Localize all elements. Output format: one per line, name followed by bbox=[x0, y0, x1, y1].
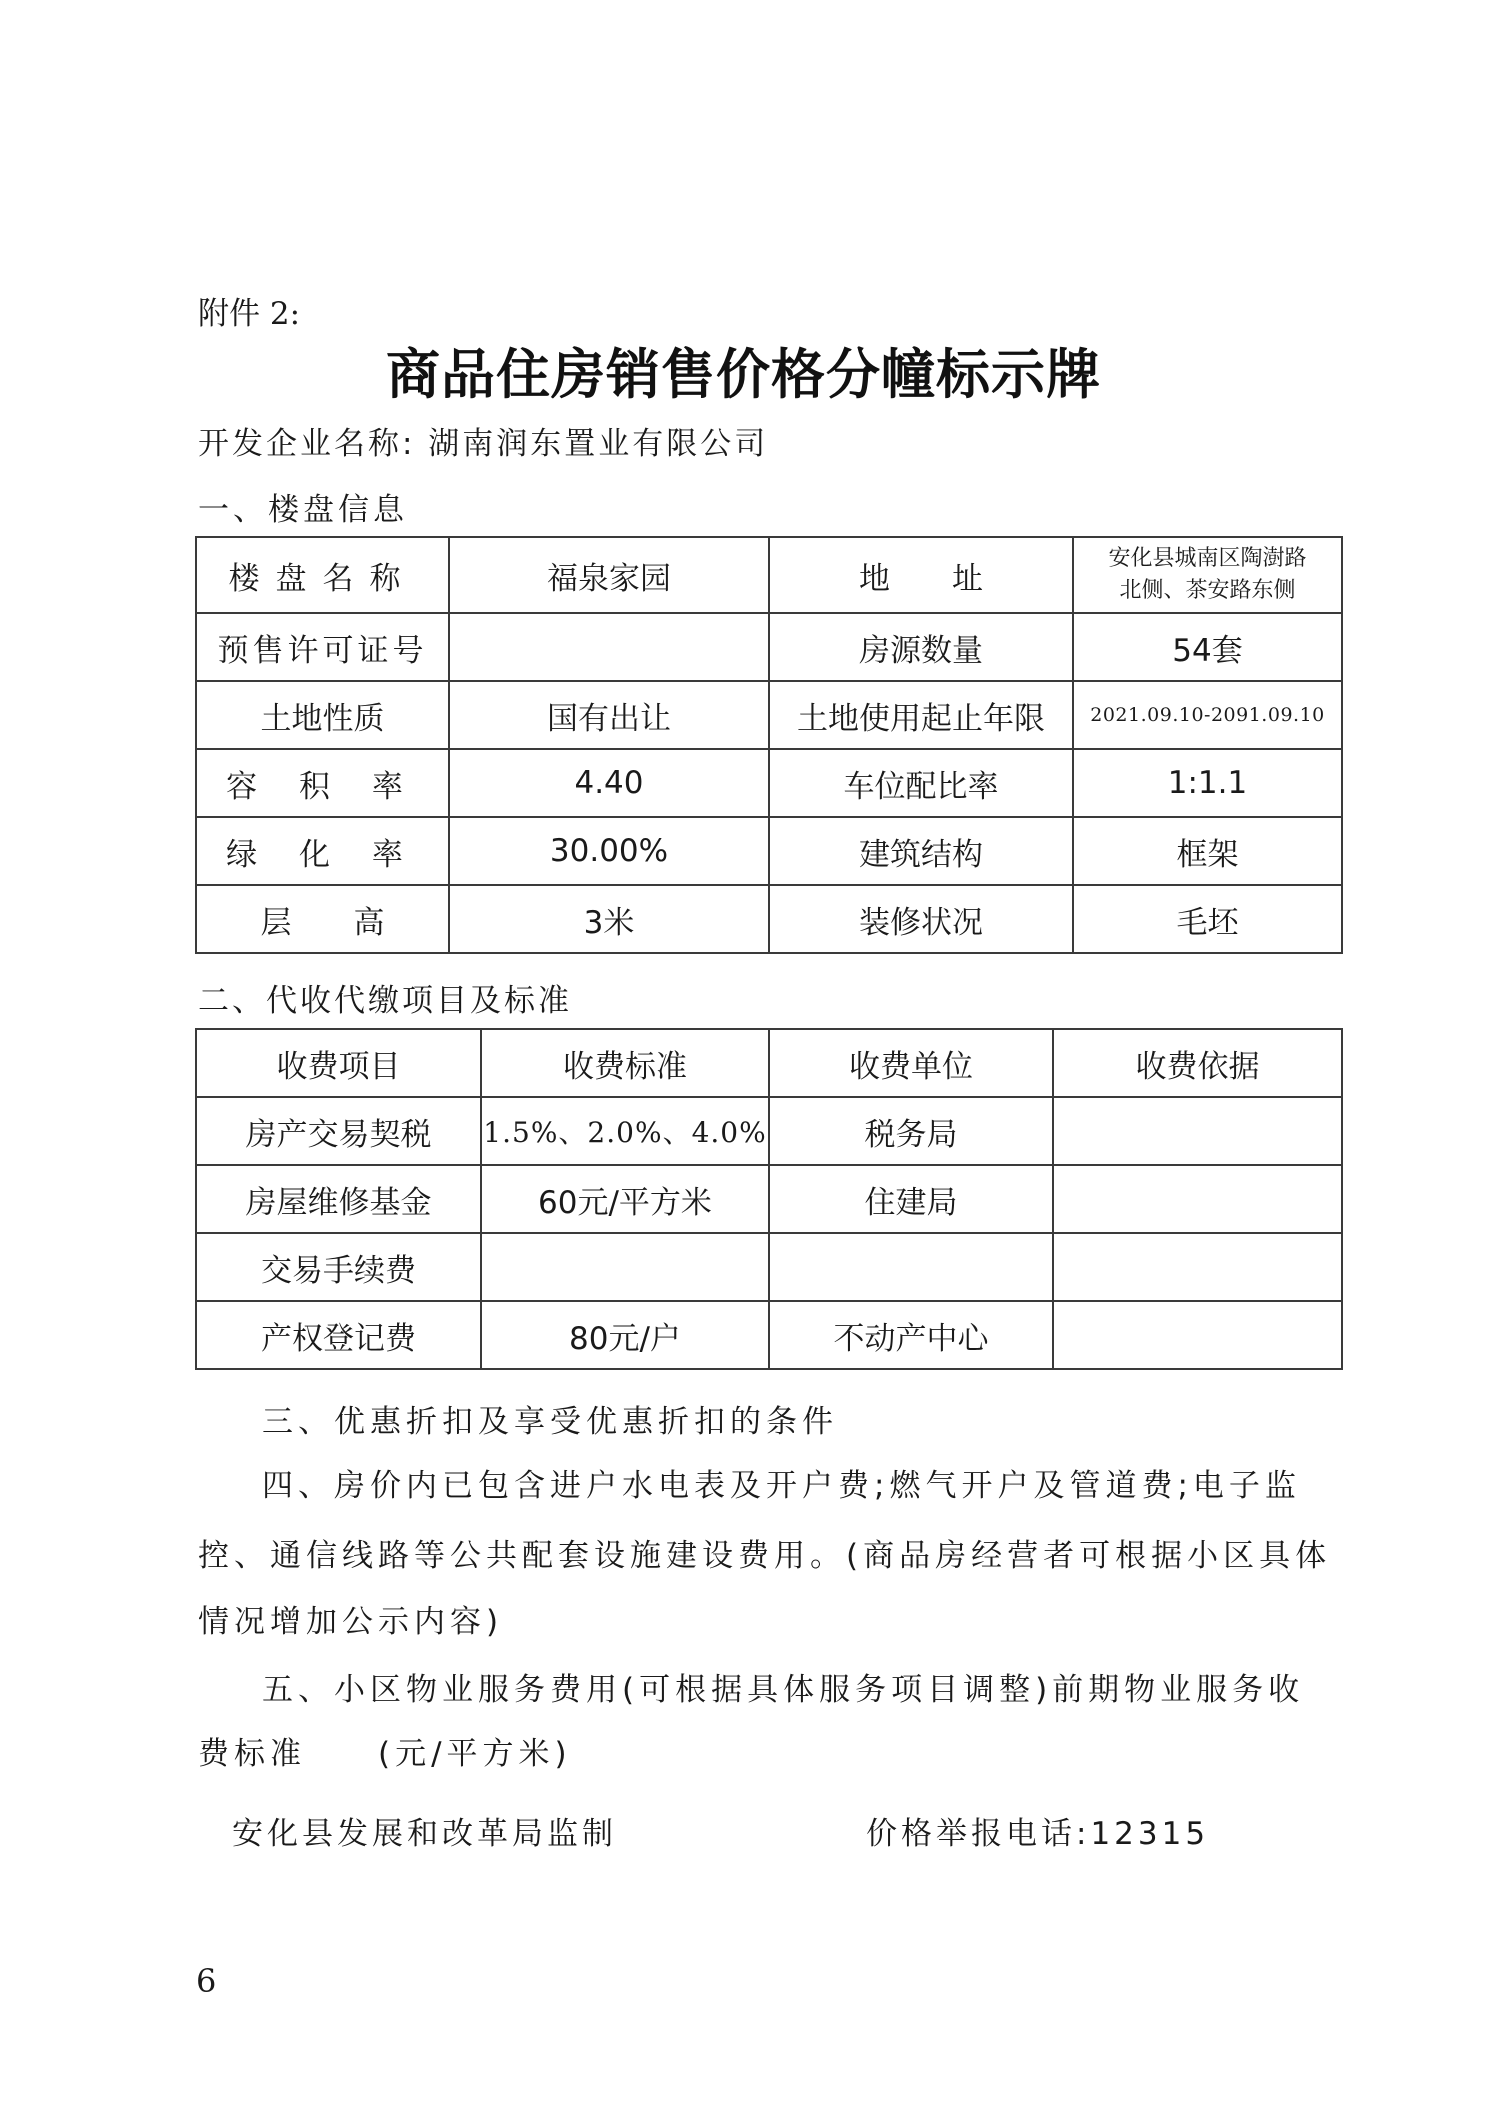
fee-standard: 1.5%、2.0%、4.0% bbox=[481, 1097, 769, 1165]
label-property-name: 楼盘名称 bbox=[196, 537, 449, 613]
value-green-ratio: 30.00% bbox=[449, 817, 769, 885]
value-parking-ratio: 1:1.1 bbox=[1073, 749, 1342, 817]
value-property-name: 福泉家园 bbox=[449, 537, 769, 613]
value-land-use-term: 2021.09.10-2091.09.10 bbox=[1073, 681, 1342, 749]
fee-standard: 60元/平方米 bbox=[481, 1165, 769, 1233]
fee-basis bbox=[1053, 1301, 1342, 1369]
fee-collector bbox=[769, 1233, 1053, 1301]
column-header: 收费单位 bbox=[769, 1029, 1053, 1097]
section-included-fees-line-1: 四、房价内已包含进户水电表及开户费;燃气开户及管道费;电子监 bbox=[262, 1460, 1301, 1505]
table-row: 层 高 3米 装修状况 毛坯 bbox=[196, 885, 1342, 953]
attachment-label: 附件 2: bbox=[198, 288, 300, 333]
fee-basis bbox=[1053, 1165, 1342, 1233]
page-number: 6 bbox=[196, 1962, 216, 2000]
column-header: 收费依据 bbox=[1053, 1029, 1342, 1097]
value-decoration: 毛坯 bbox=[1073, 885, 1342, 953]
section-heading-fees: 二、代收代缴项目及标准 bbox=[198, 975, 572, 1020]
section-property-fees-line-1: 五、小区物业服务费用(可根据具体服务项目调整)前期物业服务收 bbox=[262, 1664, 1304, 1709]
value-plot-ratio: 4.40 bbox=[449, 749, 769, 817]
label-structure: 建筑结构 bbox=[769, 817, 1073, 885]
address-line-1: 安化县城南区陶澍路 bbox=[1074, 543, 1341, 575]
table-header-row: 收费项目 收费标准 收费单位 收费依据 bbox=[196, 1029, 1342, 1097]
label-unit-count: 房源数量 bbox=[769, 613, 1073, 681]
fee-collector: 税务局 bbox=[769, 1097, 1053, 1165]
fee-standard: 80元/户 bbox=[481, 1301, 769, 1369]
table-row: 土地性质 国有出让 土地使用起止年限 2021.09.10-2091.09.10 bbox=[196, 681, 1342, 749]
value-floor-height: 3米 bbox=[449, 885, 769, 953]
value-presale-permit bbox=[449, 613, 769, 681]
label-land-nature: 土地性质 bbox=[196, 681, 449, 749]
value-unit-count: 54套 bbox=[1073, 613, 1342, 681]
section-discount-conditions: 三、优惠折扣及享受优惠折扣的条件 bbox=[262, 1396, 838, 1441]
fee-item: 房产交易契税 bbox=[196, 1097, 481, 1165]
label-presale-permit: 预售许可证号 bbox=[196, 613, 449, 681]
fee-item: 产权登记费 bbox=[196, 1301, 481, 1369]
table-row: 楼盘名称 福泉家园 地 址 安化县城南区陶澍路 北侧、茶安路东侧 bbox=[196, 537, 1342, 613]
label-green-ratio: 绿 化 率 bbox=[196, 817, 449, 885]
document-title: 商品住房销售价格分幢标示牌 bbox=[0, 332, 1487, 409]
label-floor-height: 层 高 bbox=[196, 885, 449, 953]
section-heading-property-info: 一、楼盘信息 bbox=[198, 484, 408, 529]
table-row: 预售许可证号 房源数量 54套 bbox=[196, 613, 1342, 681]
property-info-table: 楼盘名称 福泉家园 地 址 安化县城南区陶澍路 北侧、茶安路东侧 预售许可证号 … bbox=[195, 536, 1343, 954]
fee-basis bbox=[1053, 1097, 1342, 1165]
table-row: 产权登记费 80元/户 不动产中心 bbox=[196, 1301, 1342, 1369]
fees-table: 收费项目 收费标准 收费单位 收费依据 房产交易契税 1.5%、2.0%、4.0… bbox=[195, 1028, 1343, 1370]
label-address: 地 址 bbox=[769, 537, 1073, 613]
fee-collector: 住建局 bbox=[769, 1165, 1053, 1233]
fee-item: 房屋维修基金 bbox=[196, 1165, 481, 1233]
label-plot-ratio: 容 积 率 bbox=[196, 749, 449, 817]
table-row: 房产交易契税 1.5%、2.0%、4.0% 税务局 bbox=[196, 1097, 1342, 1165]
fee-item: 交易手续费 bbox=[196, 1233, 481, 1301]
table-row: 房屋维修基金 60元/平方米 住建局 bbox=[196, 1165, 1342, 1233]
column-header: 收费项目 bbox=[196, 1029, 481, 1097]
price-hotline: 价格举报电话:12315 bbox=[866, 1808, 1209, 1853]
developer-name-line: 开发企业名称: 湖南润东置业有限公司 bbox=[198, 418, 768, 463]
supervisor-label: 安化县发展和改革局监制 bbox=[232, 1808, 617, 1853]
fee-standard bbox=[481, 1233, 769, 1301]
value-structure: 框架 bbox=[1073, 817, 1342, 885]
value-land-nature: 国有出让 bbox=[449, 681, 769, 749]
address-line-2: 北侧、茶安路东侧 bbox=[1074, 575, 1341, 607]
column-header: 收费标准 bbox=[481, 1029, 769, 1097]
section-included-fees-line-3: 情况增加公示内容) bbox=[198, 1596, 503, 1641]
fee-collector: 不动产中心 bbox=[769, 1301, 1053, 1369]
fee-basis bbox=[1053, 1233, 1342, 1301]
value-address: 安化县城南区陶澍路 北侧、茶安路东侧 bbox=[1073, 537, 1342, 613]
label-land-use-term: 土地使用起止年限 bbox=[769, 681, 1073, 749]
label-parking-ratio: 车位配比率 bbox=[769, 749, 1073, 817]
table-row: 交易手续费 bbox=[196, 1233, 1342, 1301]
table-row: 容 积 率 4.40 车位配比率 1:1.1 bbox=[196, 749, 1342, 817]
label-decoration: 装修状况 bbox=[769, 885, 1073, 953]
section-property-fees-line-2: 费标准 (元/平方米) bbox=[198, 1728, 572, 1773]
section-included-fees-line-2: 控、通信线路等公共配套设施建设费用。(商品房经营者可根据小区具体 bbox=[198, 1530, 1331, 1575]
table-row: 绿 化 率 30.00% 建筑结构 框架 bbox=[196, 817, 1342, 885]
